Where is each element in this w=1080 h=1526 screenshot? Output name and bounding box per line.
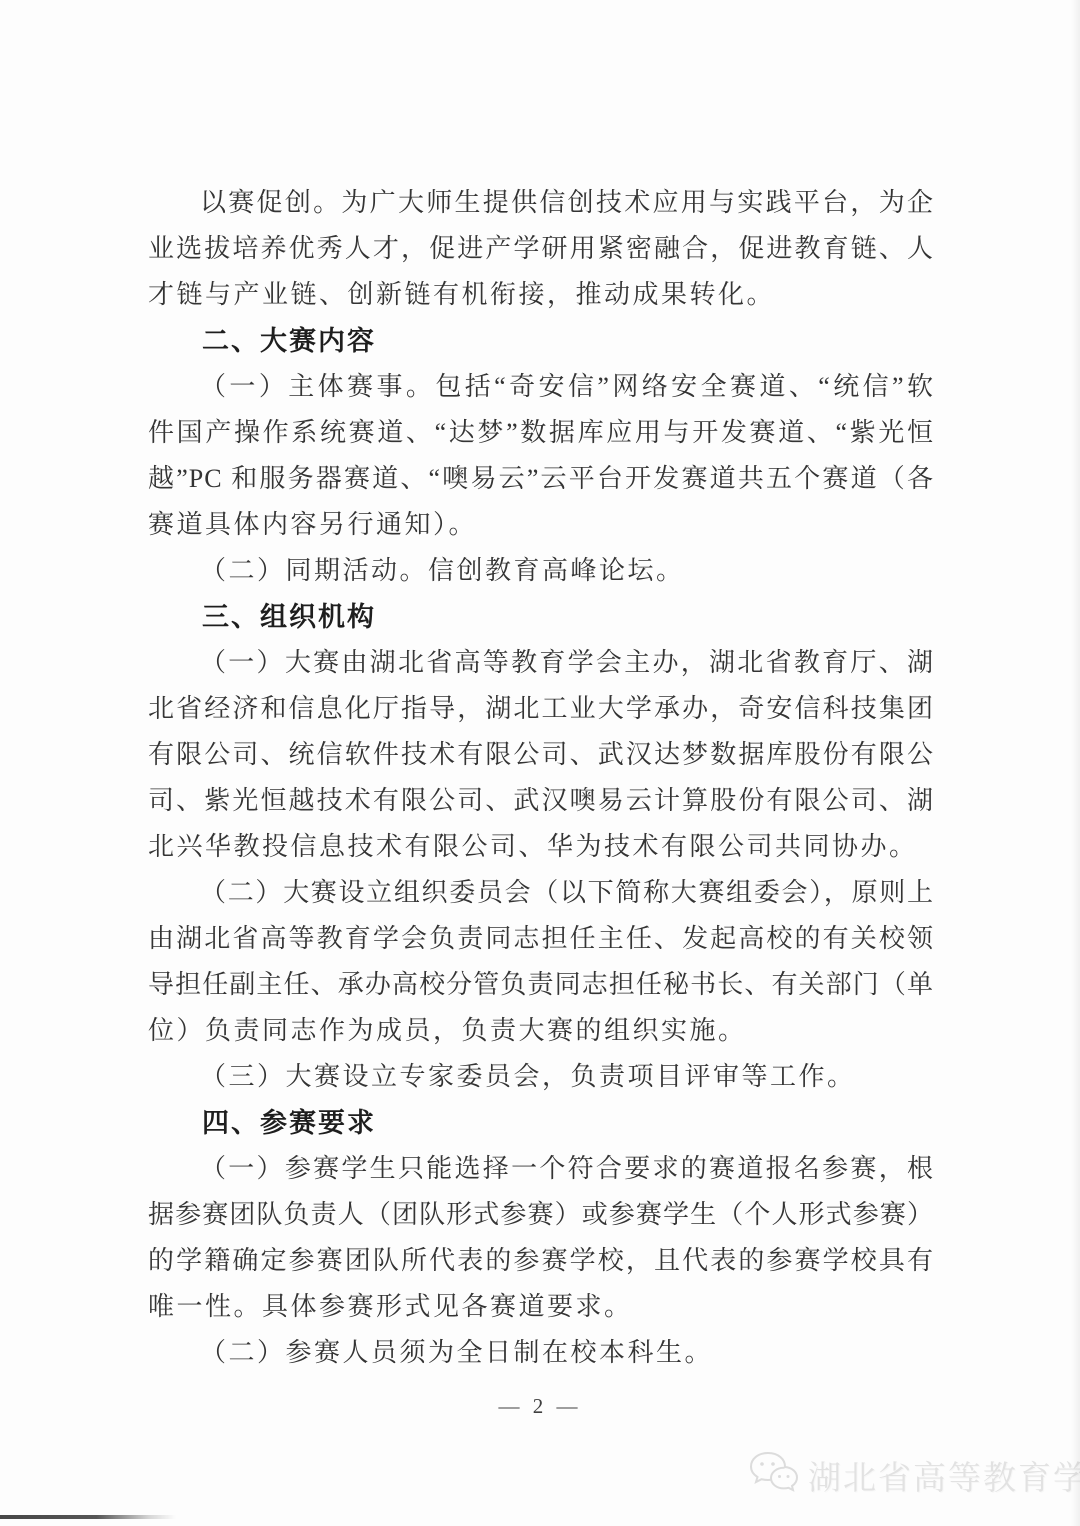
text-line: （一）参赛学生只能选择一个符合要求的赛道报名参赛，根 <box>148 1146 934 1192</box>
scan-artifact-line <box>0 1515 176 1519</box>
text-line: 越”PC 和服务器赛道、“噢易云”云平台开发赛道共五个赛道（各 <box>148 456 934 502</box>
section-heading: 三、组织机构 <box>148 594 934 640</box>
text-line: 北省经济和信息化厅指导，湖北工业大学承办，奇安信科技集团 <box>148 686 934 732</box>
text-line: 唯一性。具体参赛形式见各赛道要求。 <box>148 1284 934 1330</box>
section-heading: 二、大赛内容 <box>148 318 934 364</box>
text-line: （二）大赛设立组织委员会（以下简称大赛组委会），原则上 <box>148 870 934 916</box>
wechat-icon <box>748 1450 800 1501</box>
text-line: 赛道具体内容另行通知）。 <box>148 502 934 548</box>
text-line: 的学籍确定参赛团队所代表的参赛学校，且代表的参赛学校具有 <box>148 1238 934 1284</box>
text-line: （一）大赛由湖北省高等教育学会主办，湖北省教育厅、湖 <box>148 640 934 686</box>
watermark-label: 湖北省高等教育学会 <box>808 1452 1080 1499</box>
scan-edge-shadow <box>1071 0 1080 1526</box>
text-line: 才链与产业链、创新链有机衔接，推动成果转化。 <box>148 272 934 318</box>
document-page: 以赛促创。为广大师生提供信创技术应用与实践平台，为企业选拔培养优秀人才，促进产学… <box>0 0 1080 1526</box>
text-line: （三）大赛设立专家委员会，负责项目评审等工作。 <box>148 1054 934 1100</box>
document-body: 以赛促创。为广大师生提供信创技术应用与实践平台，为企业选拔培养优秀人才，促进产学… <box>148 180 934 1376</box>
page-number: — 2 — <box>0 1394 1080 1419</box>
text-line: 业选拔培养优秀人才，促进产学研用紧密融合，促进教育链、人 <box>148 226 934 272</box>
text-line: 件国产操作系统赛道、“达梦”数据库应用与开发赛道、“紫光恒 <box>148 410 934 456</box>
text-line: 由湖北省高等教育学会负责同志担任主任、发起高校的有关校领 <box>148 916 934 962</box>
text-line: 北兴华教投信息技术有限公司、华为技术有限公司共同协办。 <box>148 824 934 870</box>
text-line: 司、紫光恒越技术有限公司、武汉噢易云计算股份有限公司、湖 <box>148 778 934 824</box>
text-line: （二）参赛人员须为全日制在校本科生。 <box>148 1330 934 1376</box>
text-line: 以赛促创。为广大师生提供信创技术应用与实践平台，为企 <box>148 180 934 226</box>
watermark: 湖北省高等教育学会 <box>748 1450 1080 1501</box>
text-line: 导担任副主任、承办高校分管负责同志担任秘书长、有关部门（单 <box>148 962 934 1008</box>
text-line: （二）同期活动。信创教育高峰论坛。 <box>148 548 934 594</box>
text-line: （一）主体赛事。包括“奇安信”网络安全赛道、“统信”软 <box>148 364 934 410</box>
text-line: 据参赛团队负责人（团队形式参赛）或参赛学生（个人形式参赛） <box>148 1192 934 1238</box>
section-heading: 四、参赛要求 <box>148 1100 934 1146</box>
text-line: 位）负责同志作为成员，负责大赛的组织实施。 <box>148 1008 934 1054</box>
text-line: 有限公司、统信软件技术有限公司、武汉达梦数据库股份有限公 <box>148 732 934 778</box>
